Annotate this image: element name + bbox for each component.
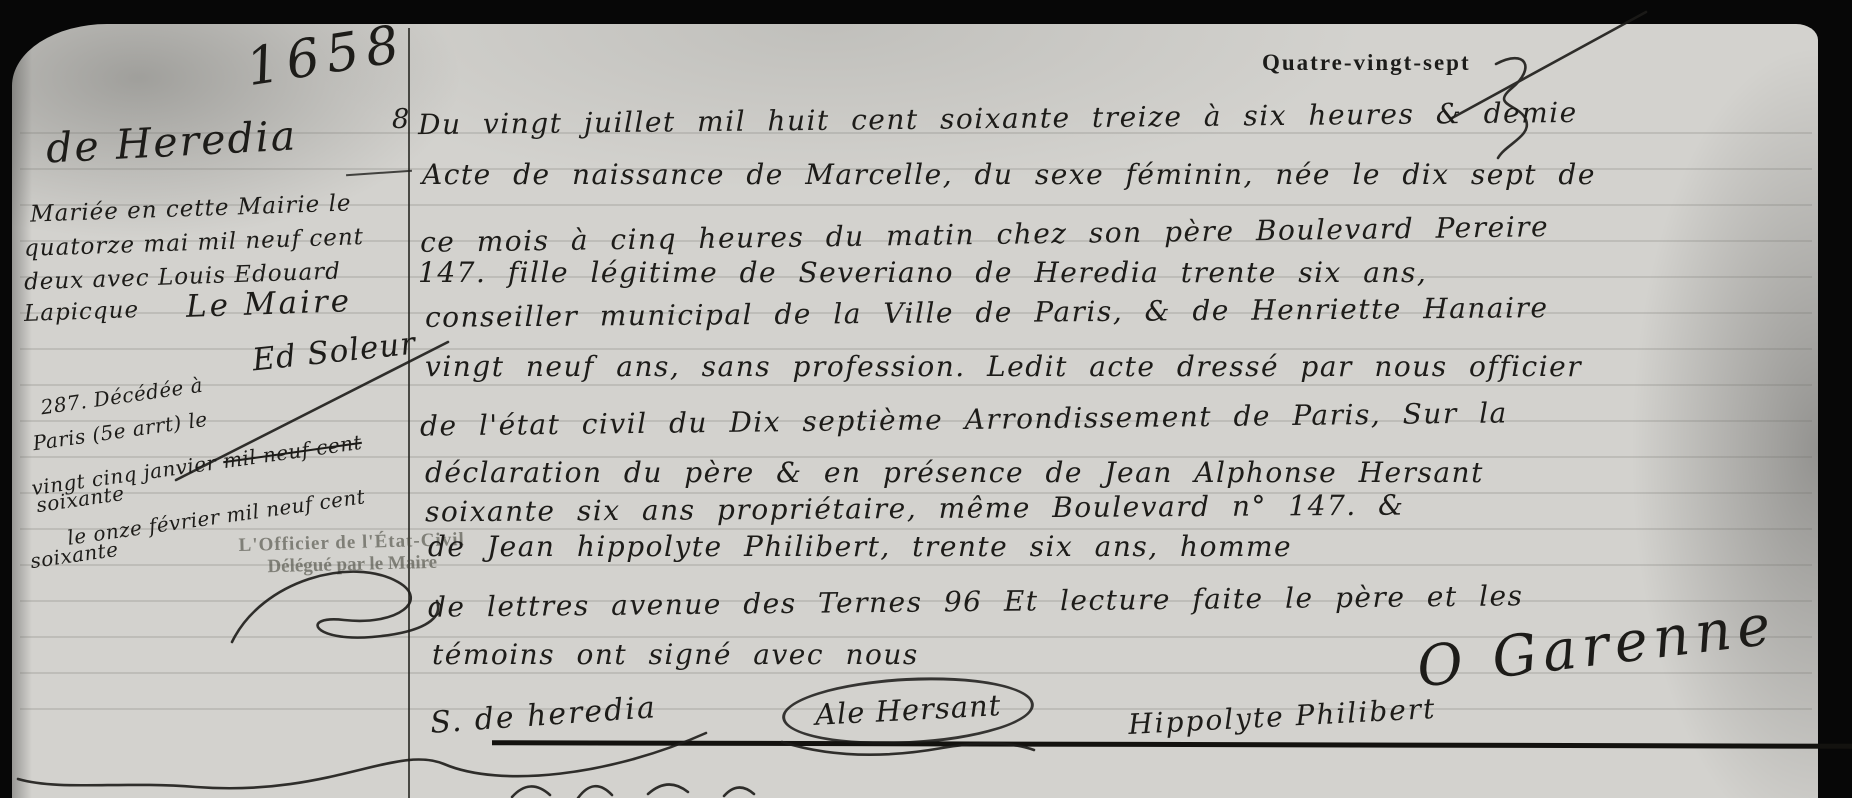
act-text-line: vingt neuf ans, sans profession. Ledit a… [425, 350, 1582, 383]
act-text-line: Acte de naissance de Marcelle, du sexe f… [422, 158, 1596, 191]
act-text-line: de Jean hippolyte Philibert, trente six … [428, 530, 1292, 563]
act-text-line: déclaration du père & en présence de Jea… [425, 456, 1484, 489]
act-text-line: soixante six ans propriétaire, même Boul… [425, 489, 1405, 529]
folio-label: Quatre-vingt-sept [1262, 50, 1471, 76]
act-text-line: 147. fille légitime de Severiano de Here… [418, 256, 1427, 289]
act-text-line: témoins ont signé avec nous [432, 638, 919, 671]
mayor-title: Le Maire [185, 283, 352, 325]
witness1-signature: Ale Hersant [780, 671, 1036, 750]
collation-mark: 8 [392, 104, 409, 135]
register-page-scan: Quatre-vingt-sept 1658 8 de Heredia Mari… [0, 0, 1852, 798]
witness1-signature-text: Ale Hersant [780, 671, 1036, 750]
margin-divider-rule [408, 28, 410, 798]
marriage-note-line: Lapicque [24, 297, 140, 327]
